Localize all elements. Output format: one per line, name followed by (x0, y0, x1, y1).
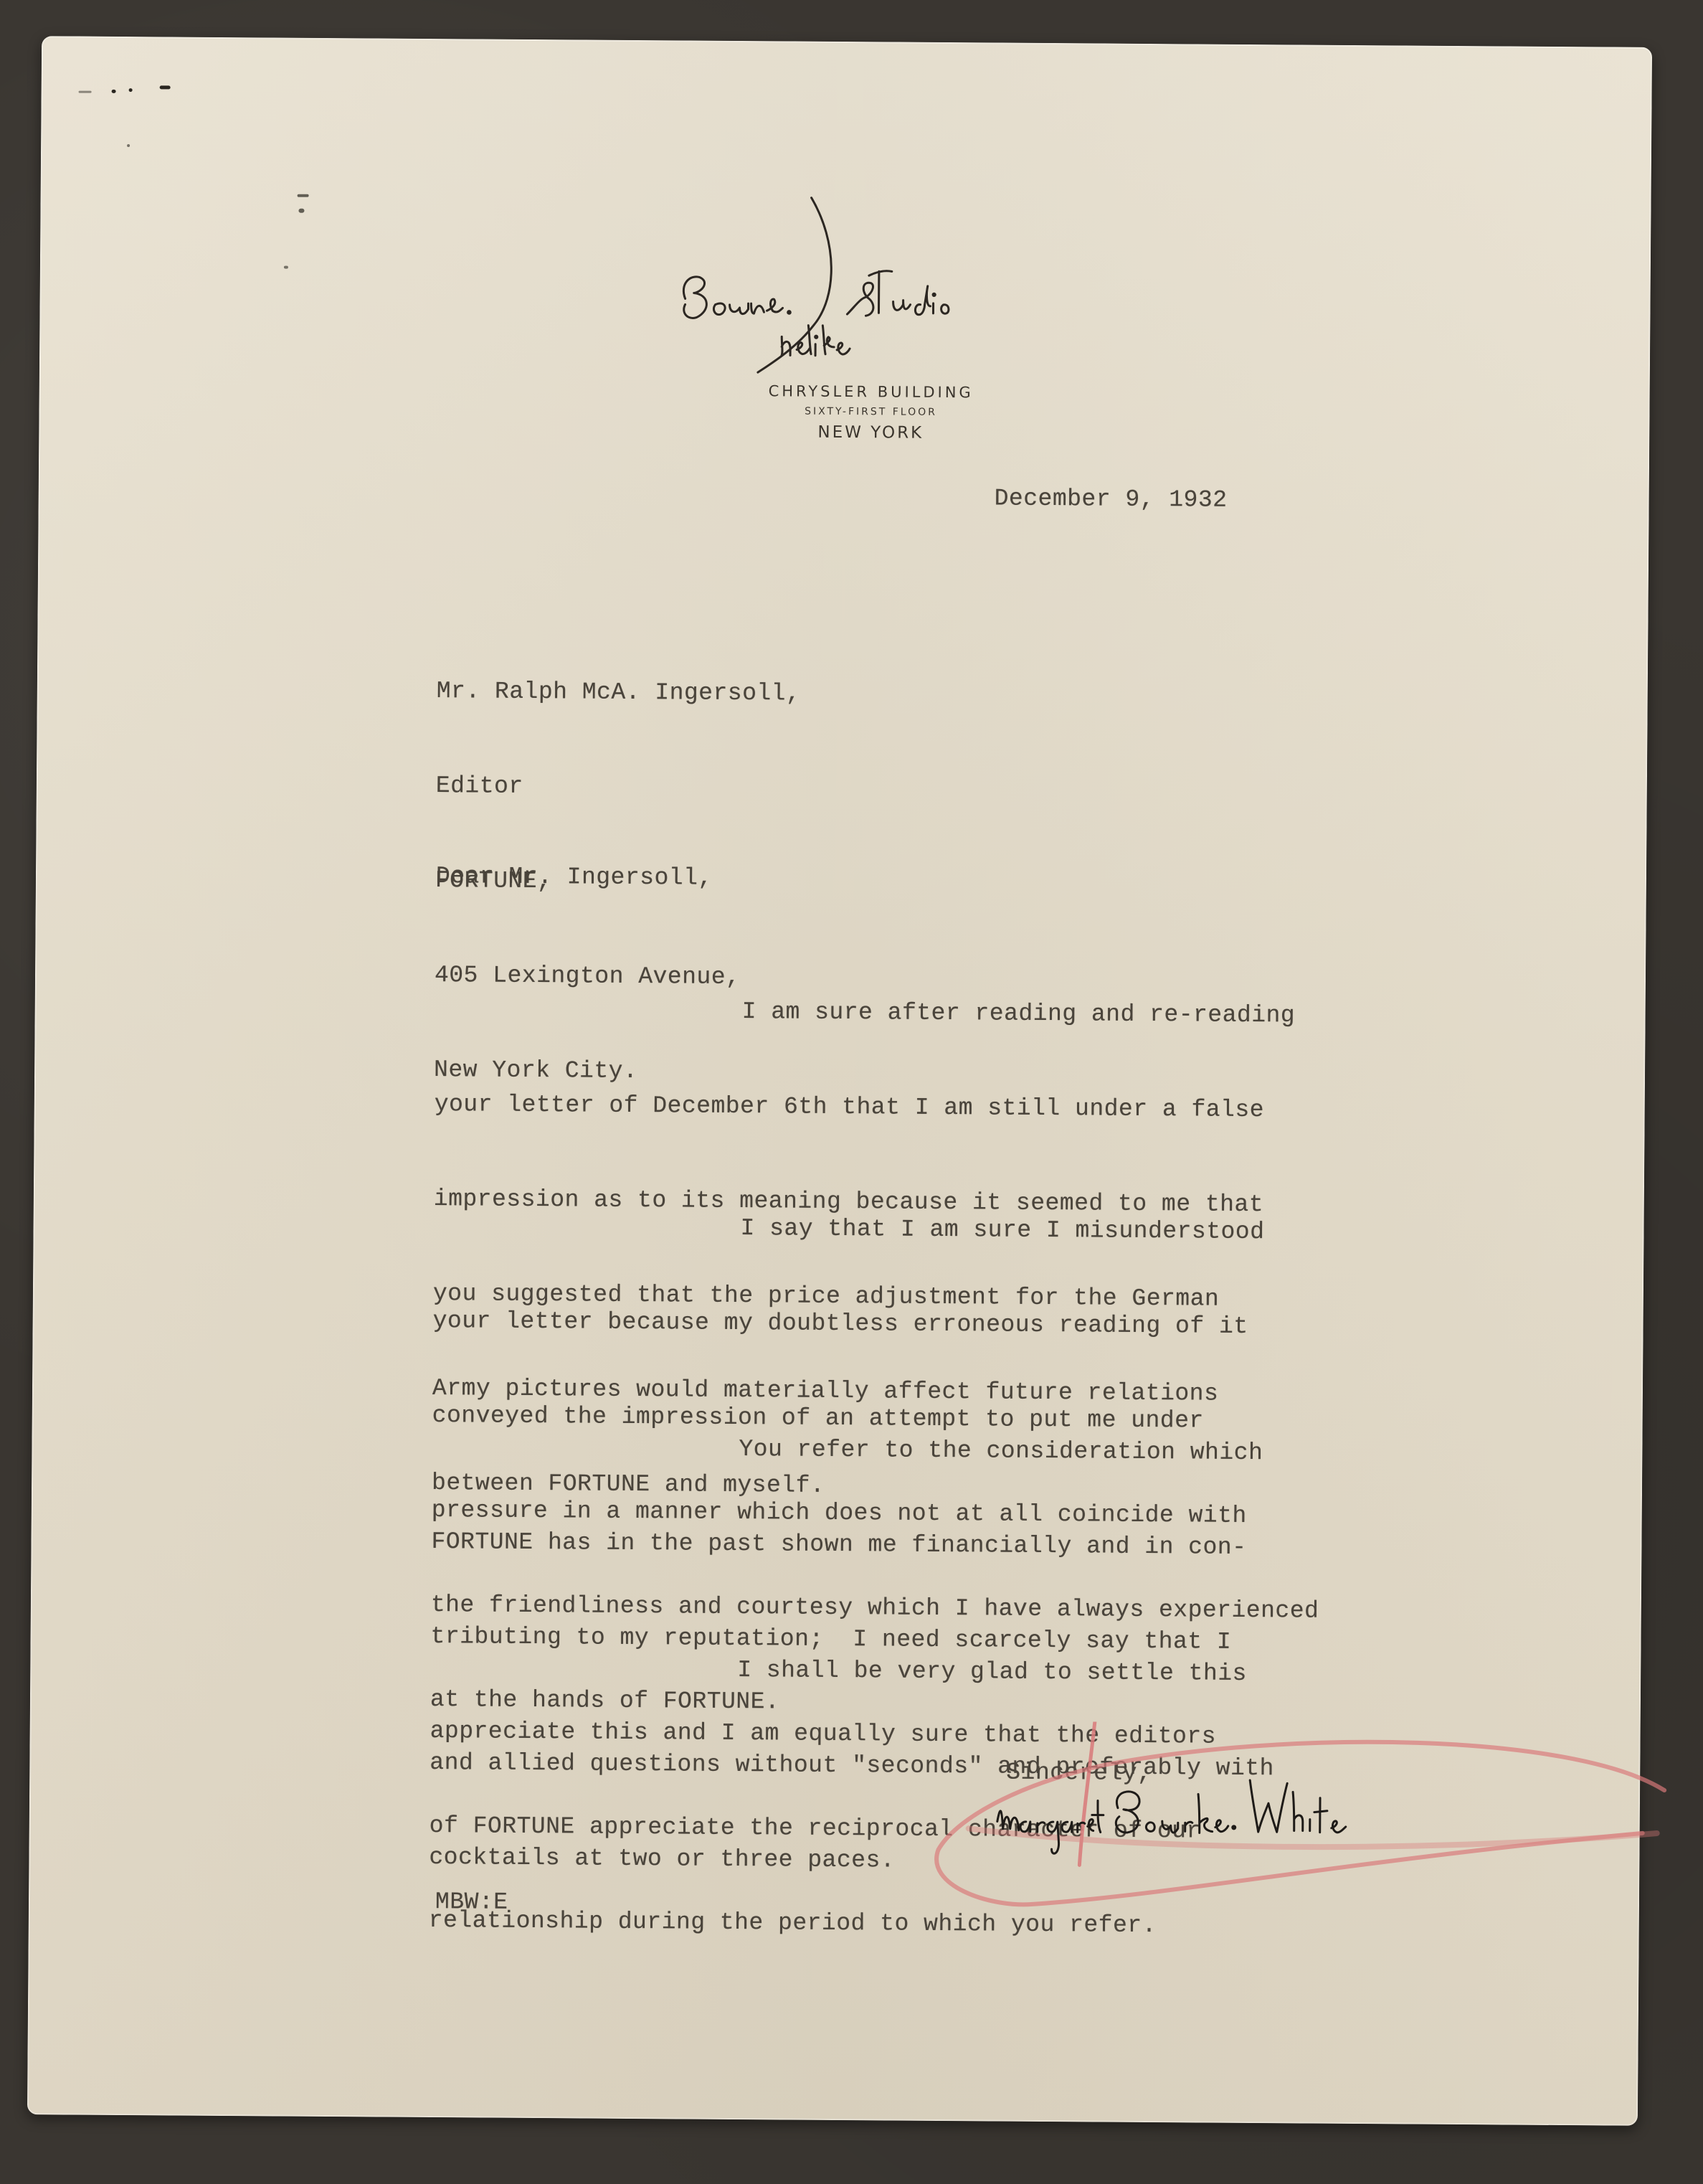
paragraph-line: your letter of December 6th that I am st… (435, 1089, 1295, 1126)
address-line: Mr. Ralph McA. Ingersoll, (437, 676, 801, 710)
letterhead-building: CHRYSLER BUILDING (649, 382, 1094, 402)
paper-specks (42, 36, 1652, 47)
signature (925, 1721, 1703, 1956)
paragraph-line: your letter because my doubtless erroneo… (432, 1305, 1321, 1343)
letter-page: CHRYSLER BUILDING SIXTY-FIRST FLOOR NEW … (27, 36, 1652, 2126)
letterhead: CHRYSLER BUILDING SIXTY-FIRST FLOOR NEW … (648, 176, 1152, 453)
paragraph-line: FORTUNE has in the past shown me financi… (431, 1526, 1262, 1564)
paragraph-line: You refer to the consideration which (432, 1432, 1263, 1469)
letterhead-floor: SIXTY-FIRST FLOOR (648, 405, 1093, 419)
salutation: Dear Mr. Ingersoll, (436, 861, 713, 894)
studio-script-logo (649, 176, 1095, 387)
signature-graphic (925, 1721, 1703, 1956)
paragraph-line: I am sure after reading and re-reading (435, 994, 1296, 1031)
reference-initials: MBW:E (435, 1886, 508, 1919)
address-line: Editor (436, 770, 800, 805)
letterhead-city: NEW YORK (648, 422, 1093, 443)
letter-date: December 9, 1932 (995, 483, 1228, 516)
paragraph-line: I shall be very glad to settle this (430, 1653, 1275, 1690)
paragraph-line: I say that I am sure I misunderstood (433, 1211, 1322, 1249)
